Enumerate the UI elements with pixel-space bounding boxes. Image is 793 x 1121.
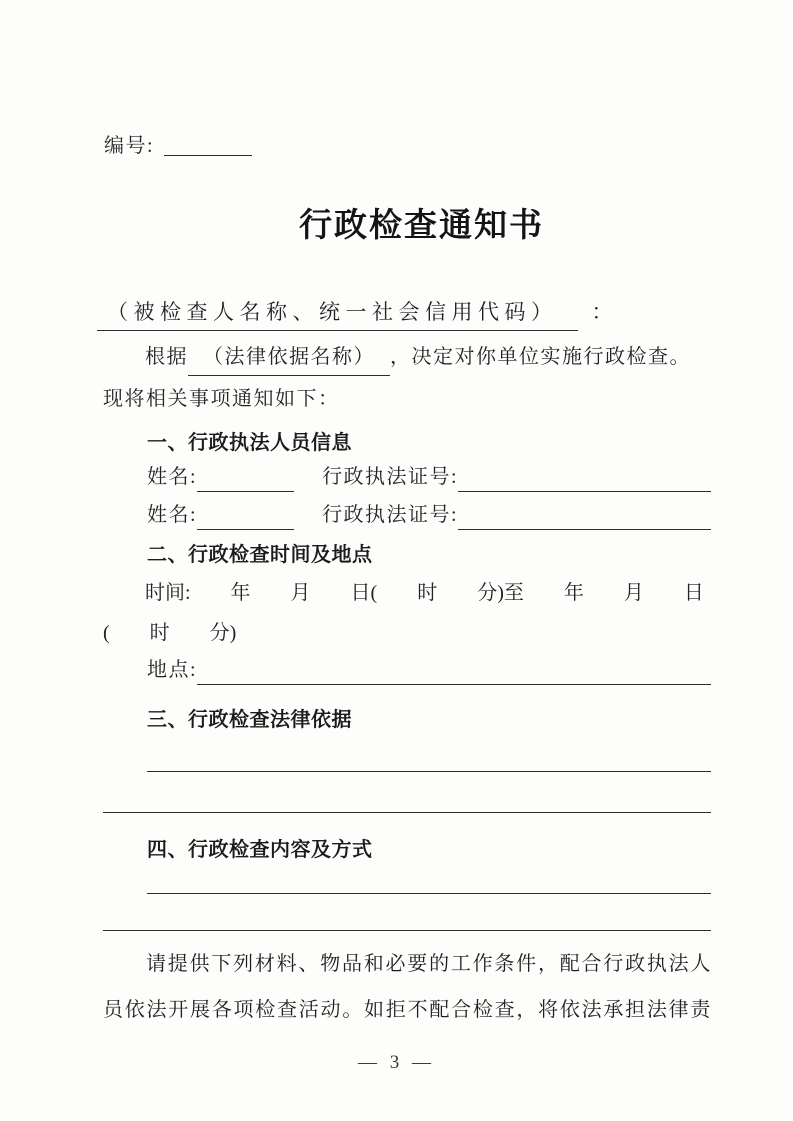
- place-blank: [197, 656, 711, 685]
- addressee-line: （被检查人名称、统一社会信用代码）：: [97, 297, 613, 331]
- officer-row-2: 姓名: 行政执法证号:: [147, 500, 711, 530]
- time-text-1: 时间: 年 月 日( 时 分)至 年 月 日: [145, 582, 704, 604]
- legal-basis-blank: （法律依据名称）: [188, 342, 390, 376]
- serial-blank: [164, 133, 252, 156]
- name-blank: [197, 463, 294, 492]
- blank-line: [103, 812, 711, 813]
- page-number: — 3 —: [0, 1052, 793, 1074]
- cert-blank: [458, 501, 711, 530]
- time-line-1: 时间: 年 月 日( 时 分)至 年 月 日: [103, 578, 704, 608]
- intro-line-2: 现将相关事项通知如下：: [103, 384, 340, 414]
- blank-line: [147, 771, 711, 772]
- name-label: 姓名:: [147, 462, 197, 492]
- addressee-underlined: （被检查人名称、统一社会信用代码）: [97, 297, 578, 331]
- name-label: 姓名:: [147, 500, 197, 530]
- name-blank: [197, 501, 294, 530]
- addressee-colon: ：: [592, 300, 613, 324]
- intro-suffix: ，决定对你单位实施行政检查。: [390, 346, 691, 368]
- section-3-heading: 三、行政检查法律依据: [147, 705, 352, 735]
- blank-line: [147, 893, 711, 894]
- cert-label: 行政执法证号:: [322, 462, 458, 492]
- blank-line: [103, 930, 711, 931]
- place-row: 地点:: [147, 655, 711, 685]
- section-2-heading: 二、行政检查时间及地点: [147, 540, 373, 570]
- section-4-heading: 四、行政检查内容及方式: [147, 835, 373, 865]
- intro-line-1: 根据（法律依据名称），决定对你单位实施行政检查。: [103, 342, 691, 376]
- cert-label: 行政执法证号:: [322, 500, 458, 530]
- section-1-heading: 一、行政执法人员信息: [147, 428, 352, 458]
- cert-blank: [458, 463, 711, 492]
- closing-paragraph: 请提供下列材料、物品和必要的工作条件，配合行政执法人员依法开展各项检查活动。如拒…: [103, 941, 712, 1033]
- serial-row: 编号:: [104, 131, 252, 161]
- place-label: 地点:: [147, 655, 197, 685]
- intro-prefix: 根据: [145, 346, 188, 368]
- officer-row-1: 姓名: 行政执法证号:: [147, 462, 711, 492]
- page-title: 行政检查通知书: [103, 204, 712, 248]
- document-page: 编号: 行政检查通知书 （被检查人名称、统一社会信用代码）： 根据（法律依据名称…: [0, 0, 793, 1121]
- serial-label: 编号:: [104, 135, 154, 157]
- time-line-2: ( 时 分): [103, 618, 236, 648]
